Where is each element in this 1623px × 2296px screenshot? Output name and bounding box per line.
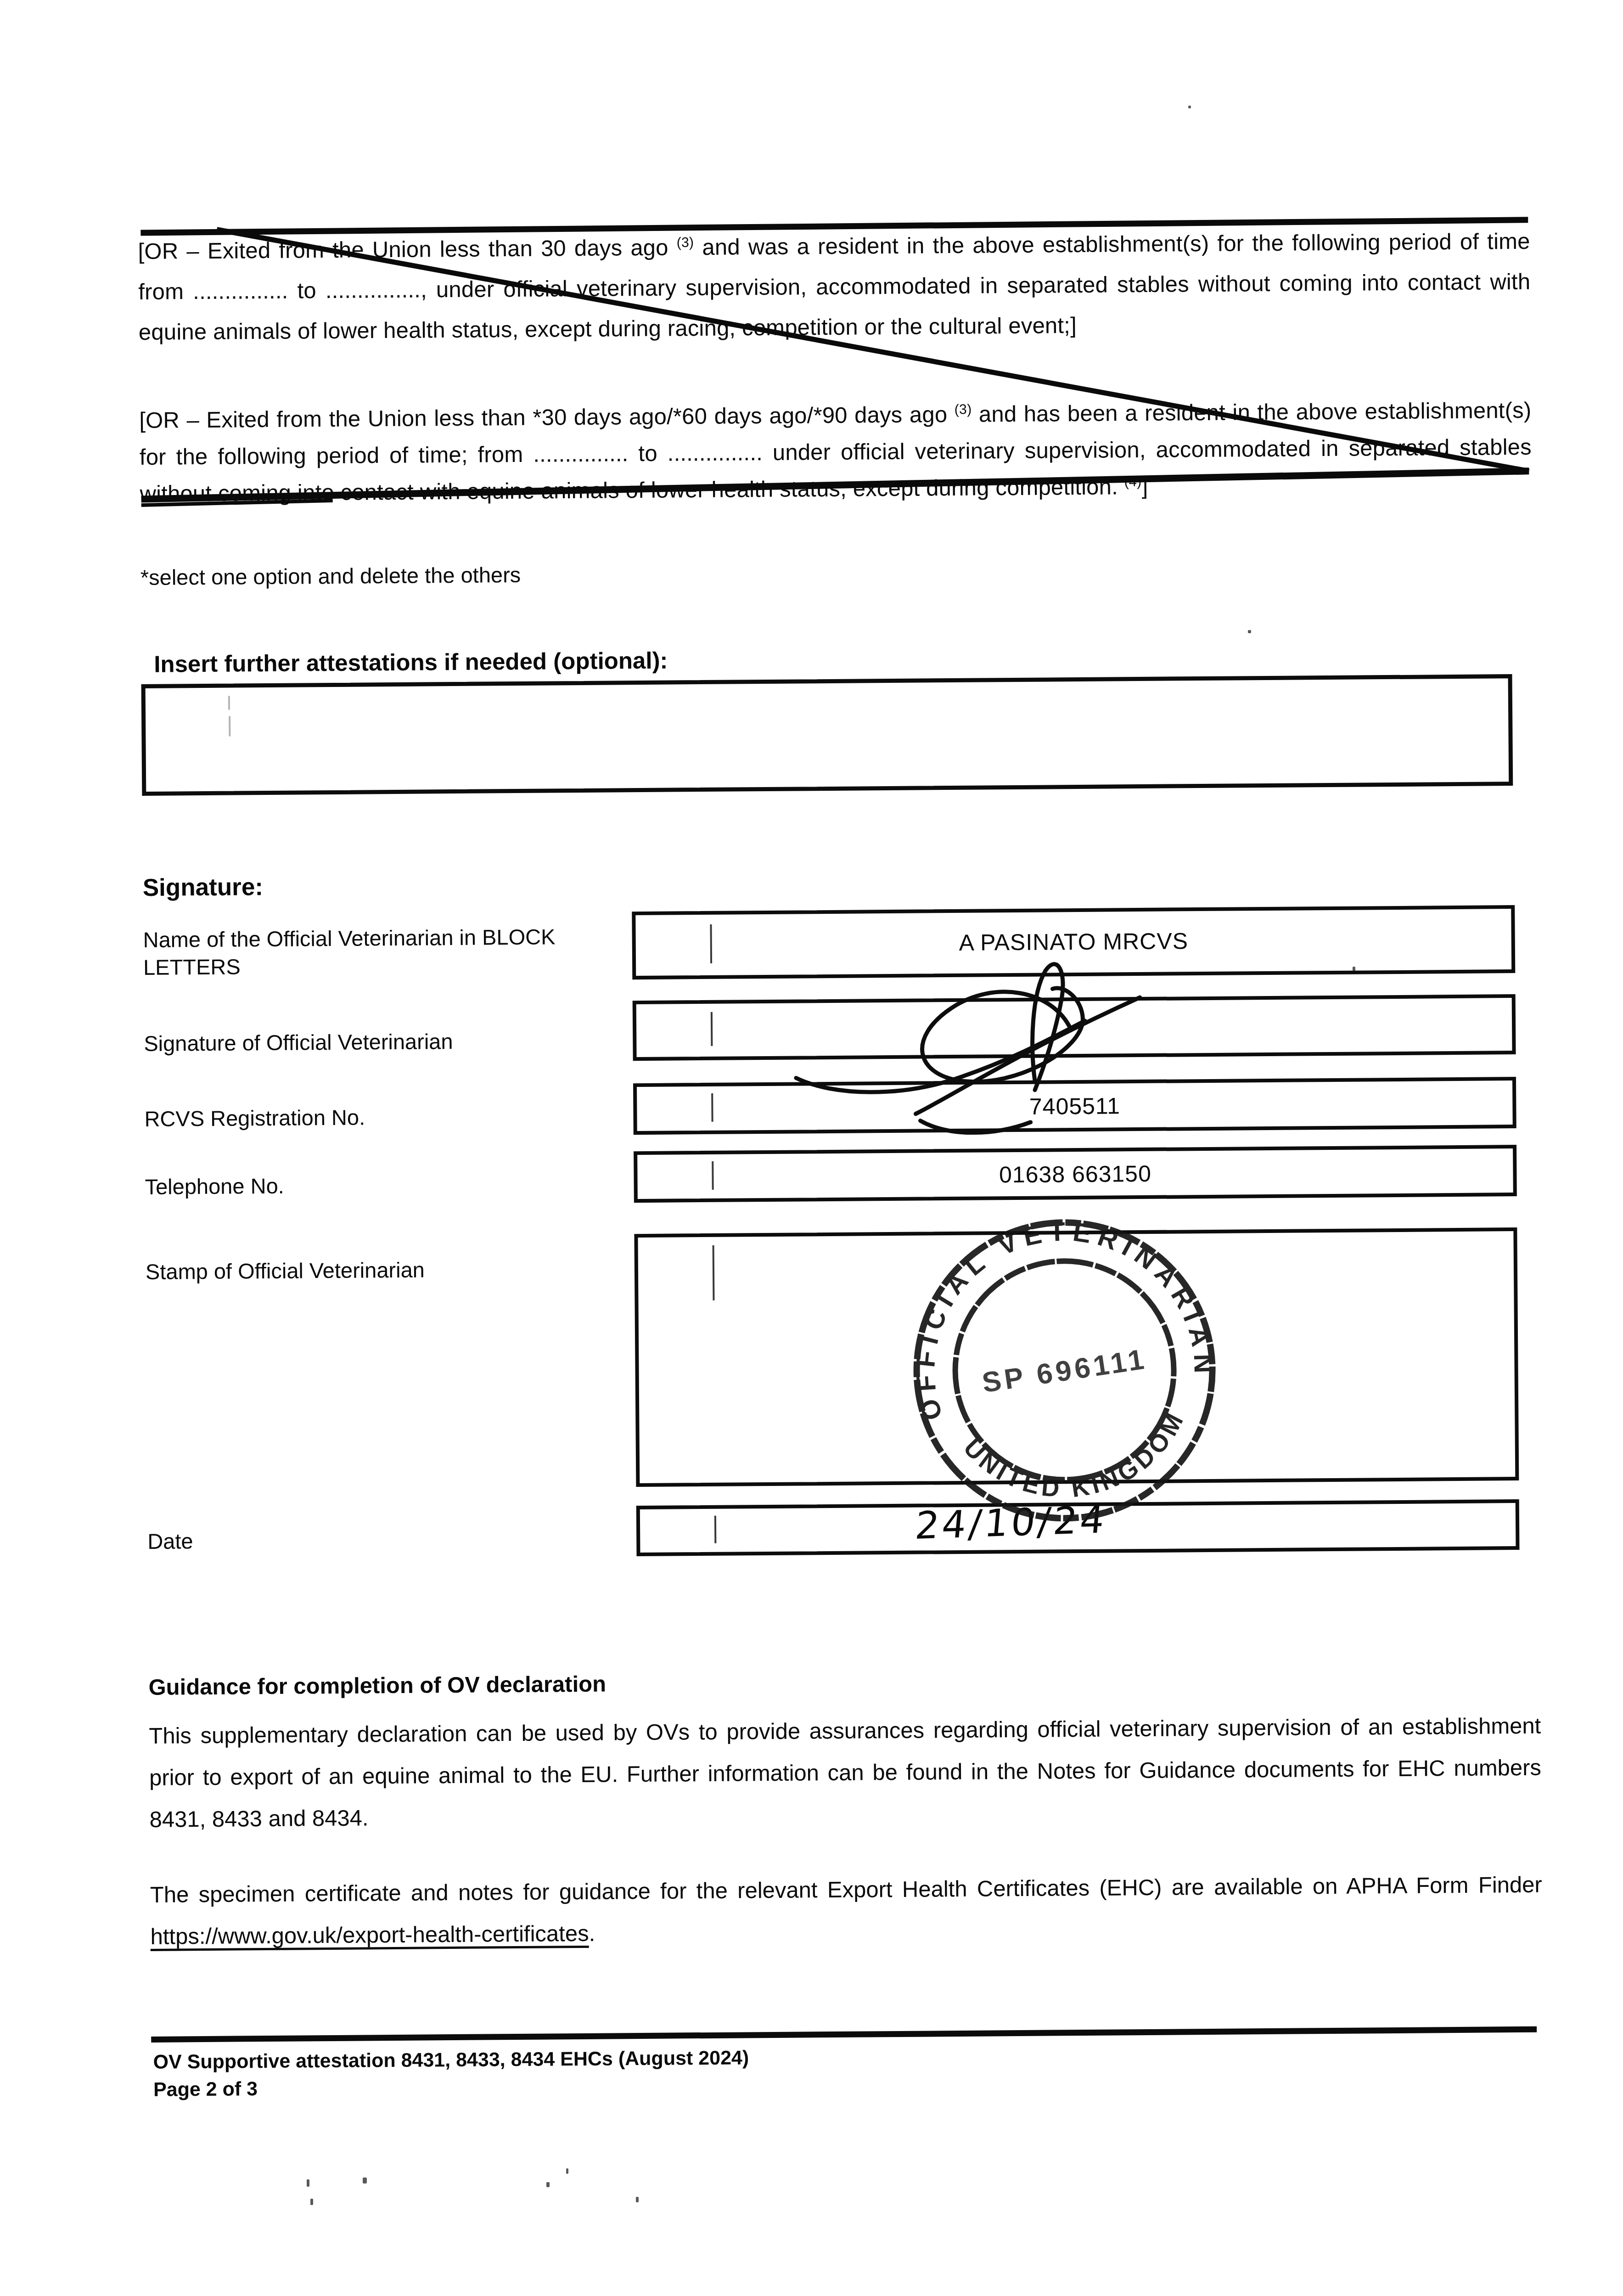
scan-speck <box>1188 106 1191 108</box>
signature-label: Signature of Official Veterinarian <box>144 1027 603 1058</box>
guidance-heading: Guidance for completion of OV declaratio… <box>148 1671 606 1700</box>
footnote-3-ref: (3) <box>955 401 972 417</box>
option2-text: [OR – Exited from the Union less than *3… <box>139 402 955 433</box>
name-field[interactable]: A PASINATO MRCVS <box>632 905 1515 979</box>
scan-speck <box>636 2197 639 2202</box>
scan-tick <box>714 1516 716 1543</box>
telephone-field[interactable]: 01638 663150 <box>634 1145 1517 1203</box>
scan-mark <box>229 716 230 737</box>
footnote-3-ref: (3) <box>676 235 694 250</box>
scan-mark <box>228 696 230 710</box>
name-label: Name of the Official Veterinarian in BLO… <box>143 923 602 981</box>
scan-speck <box>363 2178 367 2183</box>
page-number: Page 2 of 3 <box>153 2078 258 2101</box>
rcvs-field[interactable]: 7405511 <box>633 1077 1516 1135</box>
further-attestations-heading: Insert further attestations if needed (o… <box>154 647 668 678</box>
document-content: [OR – Exited from the Union less than 30… <box>138 199 1544 2229</box>
signature-field[interactable] <box>633 994 1516 1061</box>
scan-speck <box>307 2179 309 2187</box>
scan-tick <box>713 1245 715 1300</box>
telephone-label: Telephone No. <box>145 1170 604 1201</box>
specimen-text-end: . <box>589 1921 595 1946</box>
scan-speck <box>1353 967 1355 971</box>
stamp-number: SP 696111 <box>980 1343 1149 1399</box>
rcvs-value: 7405511 <box>637 1090 1512 1123</box>
official-veterinarian-stamp: OFFICIAL VETERINARIAN UNITED KINGDOM SP … <box>882 1188 1247 1553</box>
scan-tick <box>711 1012 713 1046</box>
ehc-link[interactable]: https://www.gov.uk/export-health-certifi… <box>150 1921 589 1949</box>
telephone-value: 01638 663150 <box>637 1158 1513 1191</box>
footer-title: OV Supportive attestation 8431, 8433, 84… <box>153 2047 749 2074</box>
option1-text: [OR – Exited from the Union less than 30… <box>138 235 676 264</box>
specimen-paragraph: The specimen certificate and notes for g… <box>150 1864 1543 1958</box>
signature-section-heading: Signature: <box>143 873 264 902</box>
stamp-label: Stamp of Official Veterinarian <box>146 1255 605 1286</box>
footnote-4-ref: (4) <box>1124 474 1142 490</box>
option1-paragraph: [OR – Exited from the Union less than 30… <box>138 221 1531 353</box>
footer-rule <box>151 2026 1537 2043</box>
option2-paragraph: [OR – Exited from the Union less than *3… <box>139 392 1532 512</box>
scan-speck <box>310 2199 313 2205</box>
guidance-paragraph: This supplementary declaration can be us… <box>149 1705 1542 1841</box>
further-attestations-field[interactable] <box>141 674 1513 796</box>
scan-speck <box>1248 630 1251 633</box>
option2-text-end: ] <box>1141 474 1148 499</box>
select-option-note: *select one option and delete the others <box>140 562 521 590</box>
scanned-document-page: [OR – Exited from the Union less than 30… <box>0 0 1623 2296</box>
scan-speck <box>546 2182 550 2187</box>
specimen-text: The specimen certificate and notes for g… <box>150 1873 1542 1908</box>
scan-speck <box>566 2168 568 2174</box>
rcvs-label: RCVS Registration No. <box>144 1102 603 1133</box>
date-label: Date <box>147 1525 607 1555</box>
name-value: A PASINATO MRCVS <box>636 925 1511 958</box>
